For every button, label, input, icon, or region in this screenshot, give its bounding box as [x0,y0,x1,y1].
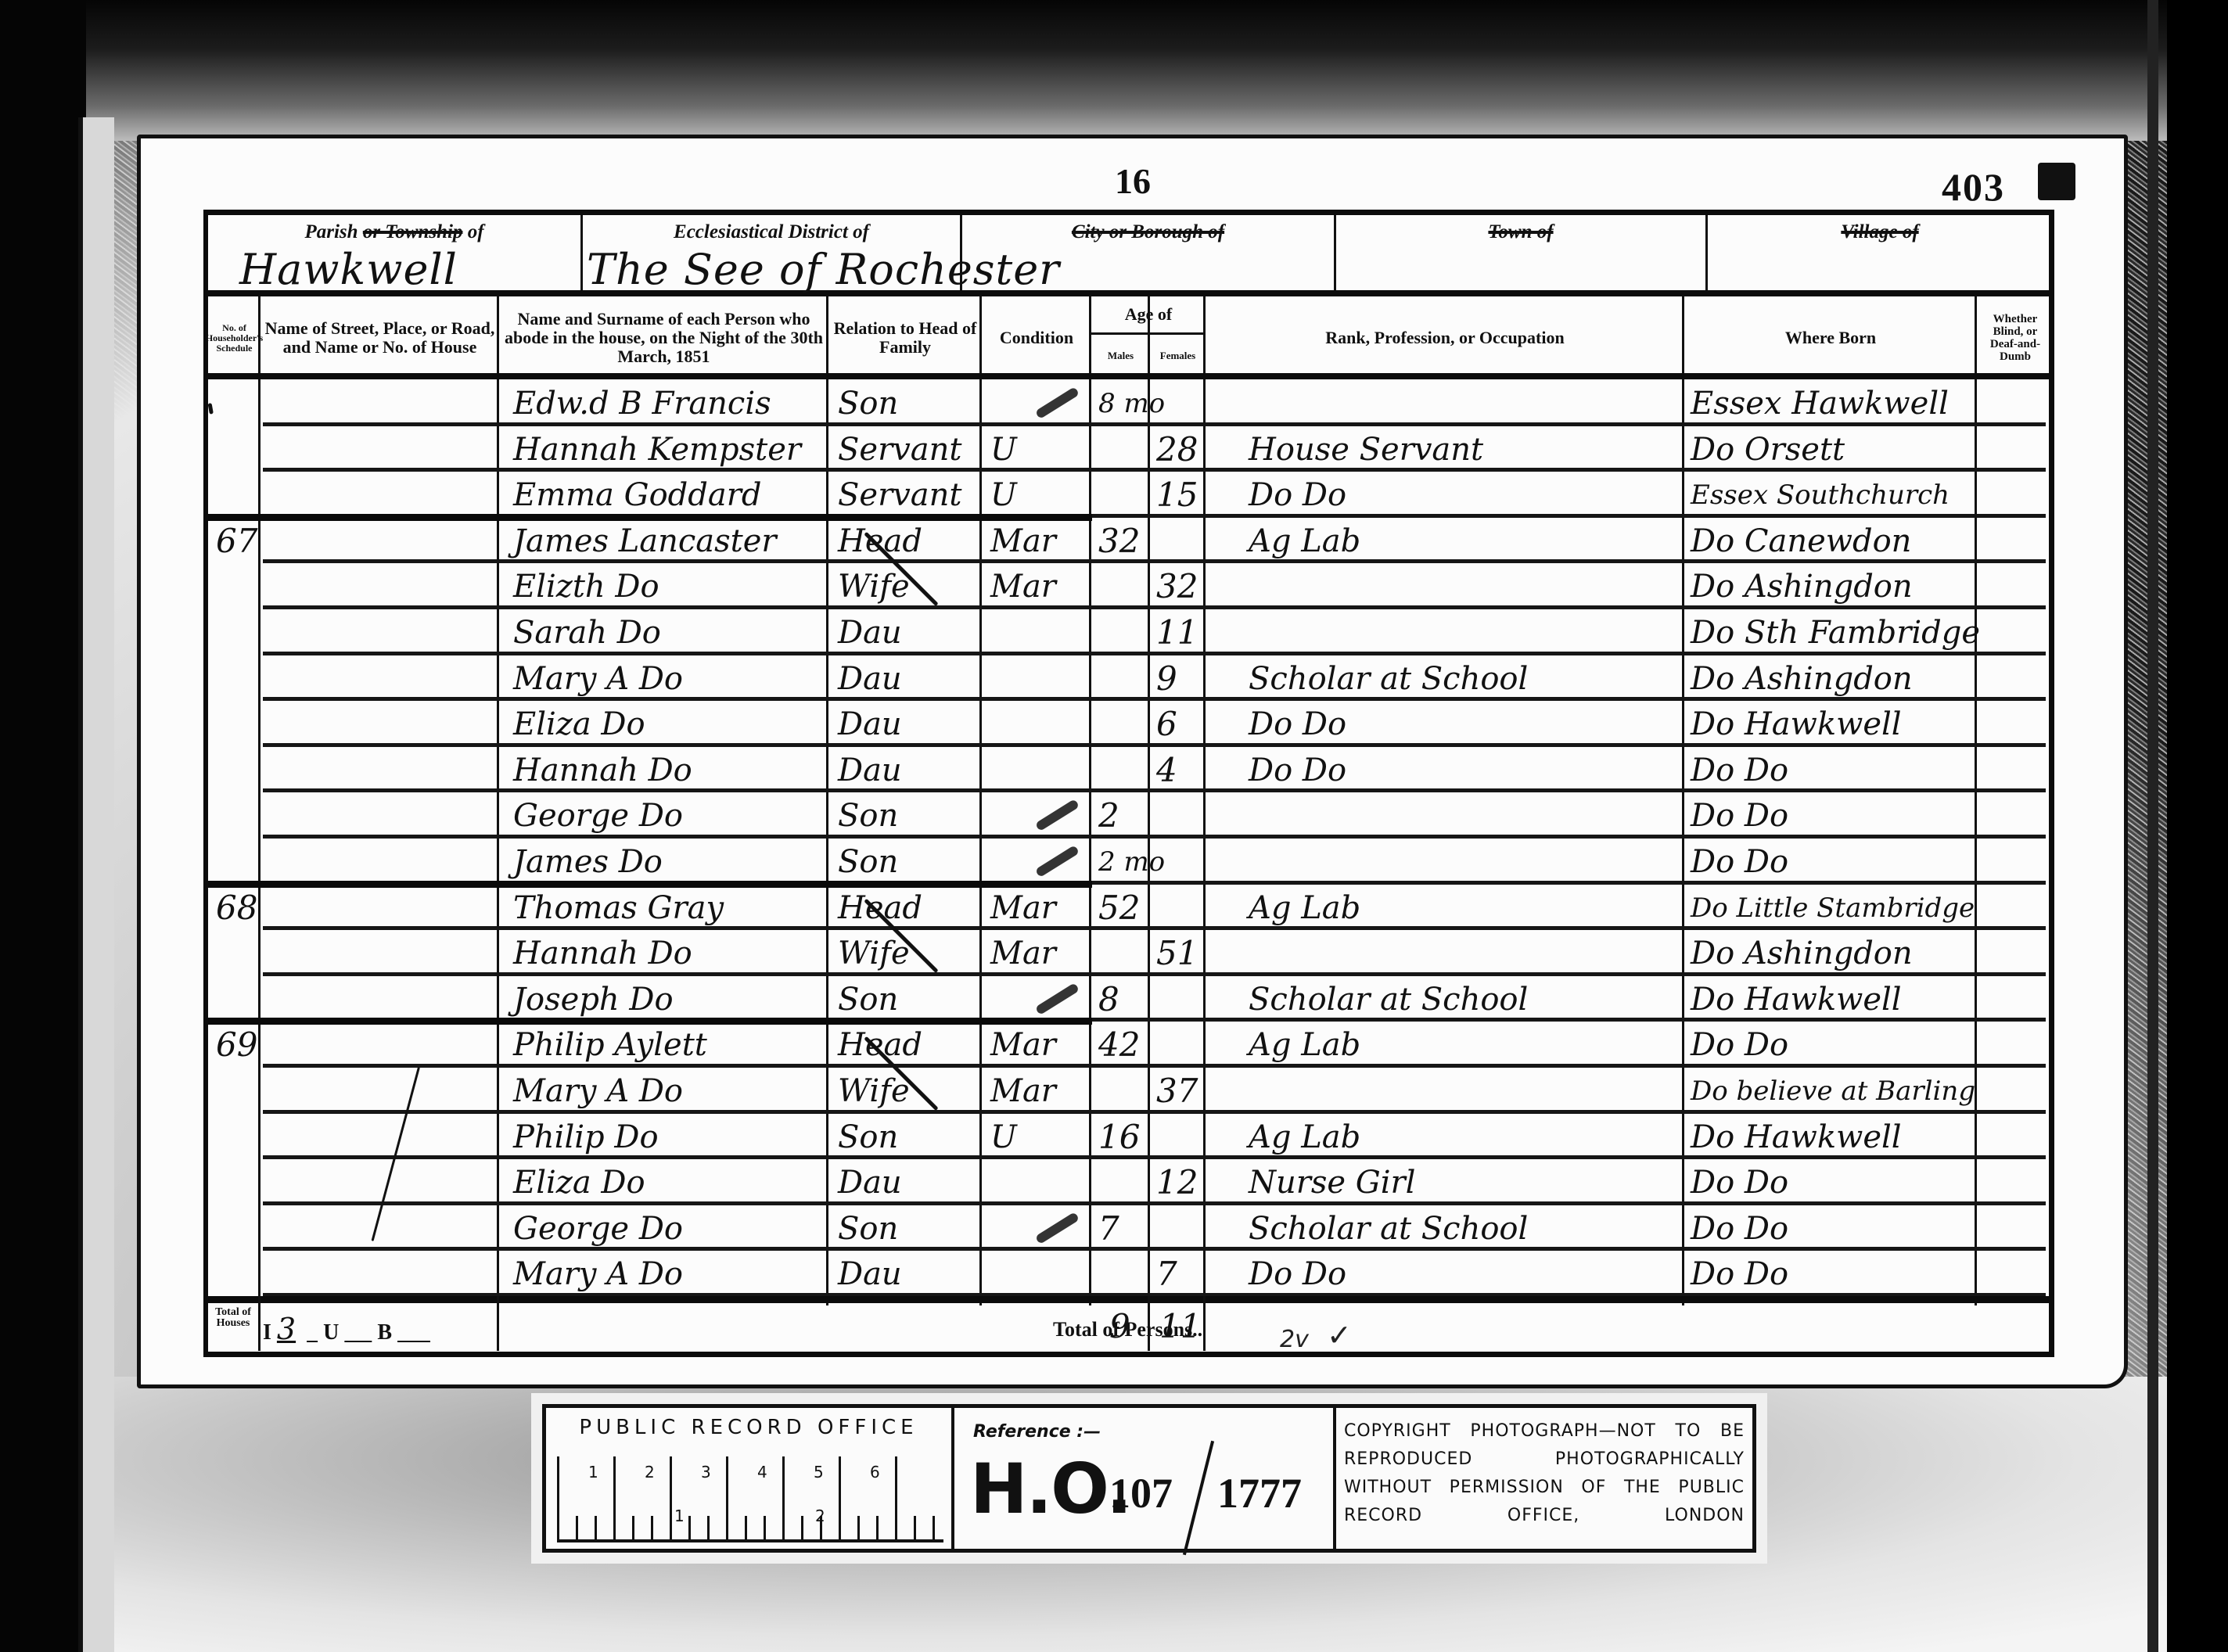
header-street: Name of Street, Place, or Road, and Name… [261,296,499,379]
marital-condition: Mar [990,564,1056,609]
inhabited-count: 3 [277,1312,296,1346]
inhabited-prefix: I [263,1320,271,1345]
header-relation: Relation to Head of Family [828,296,982,379]
city-borough-field: City or Borough of [962,215,1336,290]
birthplace: Do Little Stambridge [1691,885,1975,931]
village-label: Village of [1708,221,2052,243]
ruler: 12345612 [557,1461,943,1542]
person-name: Mary A Do [513,656,683,702]
ruler-number-cm: 4 [757,1463,767,1481]
relation-to-head: Dau [838,610,902,655]
occupation: Do Do [1249,702,1346,747]
relation-to-head: Dau [838,1160,902,1205]
person-name: Mary A Do [513,1252,683,1297]
row-divider [1092,881,2046,885]
ruler-tick [557,1456,559,1542]
ruler-number-cm: 6 [870,1463,880,1481]
age-female: 15 [1156,472,1198,518]
relation-to-head: Dau [838,1252,902,1297]
reference-series: H.O. [970,1449,1130,1529]
occupation: Scholar at School [1249,977,1528,1022]
ruler-tick [670,1456,672,1542]
age-female: 4 [1156,748,1177,793]
birthplace: Essex Hawkwell [1691,381,1949,426]
totals-males: 9 [1109,1304,1130,1349]
relation-to-head: Dau [838,702,902,747]
occupation: Ag Lab [1249,1115,1360,1160]
occupation: House Servant [1249,427,1483,472]
birthplace: Do Do [1691,1252,1788,1297]
ruler-number-cm: 5 [814,1463,824,1481]
parish-value: Hawkwell [239,245,458,294]
header-infirmity: Whether Blind, or Deaf-and-Dumb [1977,296,2054,379]
marital-condition: U [990,427,1017,472]
occupation: Scholar at School [1249,656,1528,702]
person-name: Elizth Do [513,564,659,609]
header-age: Age of [1091,296,1206,332]
scan-edge-right [2147,0,2158,1652]
header-born: Where Born [1684,296,1977,379]
reference-section: Reference :— H.O. 107 1777 [954,1408,1336,1549]
birthplace: Do Do [1691,793,1788,839]
totals-females: 11 [1159,1304,1201,1349]
relation-to-head: Head [838,1022,922,1068]
person-name: Sarah Do [513,610,661,655]
row-divider [1092,1018,2046,1022]
header-condition: Condition [982,296,1091,379]
birthplace: Do Sth Fambridge [1691,610,1980,655]
birthplace: Do Hawkwell [1691,1115,1902,1160]
ruler-number-cm: 1 [588,1463,598,1481]
ruler-tick [576,1516,578,1542]
ecclesiastical-district-field: Ecclesiastical District of The See of Ro… [583,215,962,290]
header-schedule: No. of Householder's Schedule [208,296,261,379]
marital-condition: Mar [990,885,1056,931]
totals-houses-values: I 3 U B [263,1312,430,1346]
relation-to-head: Son [838,1206,898,1252]
person-name: Philip Do [513,1115,659,1160]
person-name: Edw.d B Francis [513,381,771,426]
relation-to-head: Son [838,381,898,426]
city-borough-label: City or Borough of [962,221,1334,243]
age-male: 32 [1098,519,1140,564]
birthplace: Do Ashingdon [1691,931,1913,976]
ruler-number-cm: 3 [701,1463,711,1481]
birthplace: Do Do [1691,839,1788,885]
ruler-tick [839,1456,841,1542]
relation-to-head: Dau [838,656,902,702]
uninhabited-prefix: U [323,1320,339,1345]
marital-condition: Mar [990,931,1056,976]
person-name: Emma Goddard [513,472,761,518]
town-label: Town of [1336,221,1705,243]
ruler-tick [914,1516,916,1542]
parish-field: Parish or Township of Hawkwell [208,215,583,290]
person-name: Philip Aylett [513,1022,707,1068]
schedule-number: 69 [216,1022,257,1068]
person-name: Hannah Kempster [513,427,801,472]
person-name: James Lancaster [513,519,777,564]
village-field: Village of [1708,215,2052,290]
birthplace: Do Ashingdon [1691,656,1913,702]
office-ruler-section: PUBLIC RECORD OFFICE 12345612 [546,1408,954,1549]
age-female: 11 [1156,610,1198,655]
birthplace: Do Ashingdon [1691,564,1913,609]
birthplace: Do Do [1691,1206,1788,1252]
archive-reference-label: PUBLIC RECORD OFFICE 12345612 Reference … [542,1404,1756,1553]
person-name: Hannah Do [513,931,692,976]
ruler-tick [782,1456,785,1542]
relation-to-head: Son [838,1115,898,1160]
relation-to-head: Head [838,885,922,931]
age-female: 32 [1156,564,1198,609]
occupation: Do Do [1249,1252,1346,1297]
ruler-tick [726,1456,728,1542]
ruler-tick [933,1516,935,1542]
header-age-females: Females [1150,337,1206,375]
marital-condition: U [990,472,1017,518]
age-female: 6 [1156,702,1177,747]
relation-to-head: Wife [838,931,910,976]
marital-condition: Mar [990,1068,1056,1114]
ruler-tick [688,1516,691,1542]
age-female: 7 [1156,1252,1177,1297]
occupation: Scholar at School [1249,1206,1528,1252]
census-table: Parish or Township of Hawkwell Ecclesias… [203,210,2054,1357]
person-name: Mary A Do [513,1068,683,1114]
header-name: Name and Surname of each Person who abod… [499,296,828,379]
scan-border-right [2167,0,2228,1652]
relation-to-head: Dau [838,748,902,793]
scan-shadow-top [86,0,2183,141]
scan-border-left [0,0,86,1652]
col-street [261,296,499,1305]
birthplace: Do Hawkwell [1691,702,1902,747]
ruler-tick [613,1456,616,1542]
header-age-males: Males [1091,337,1150,375]
age-female: 37 [1156,1068,1198,1114]
age-female: 12 [1156,1160,1198,1205]
age-male: 8 mo [1098,381,1165,426]
copyright-notice: COPYRIGHT PHOTOGRAPH—NOT TO BE REPRODUCE… [1344,1417,1745,1530]
ruler-number-cm: 2 [645,1463,655,1481]
relation-to-head: Wife [838,564,910,609]
ruler-tick [632,1516,634,1542]
page-number: 16 [1115,160,1151,202]
ruler-tick [857,1516,860,1542]
birthplace: Do Orsett [1691,427,1845,472]
occupation: Do Do [1249,748,1346,793]
birthplace: Do Do [1691,1160,1788,1205]
parish-label: Parish or Township of [208,221,580,243]
birthplace: Essex Southchurch [1691,472,1950,518]
person-name: Eliza Do [513,702,645,747]
schedule-number: 67 [216,519,257,564]
town-field: Town of [1336,215,1708,290]
col-schedule [208,296,261,1305]
relation-to-head: Head [838,519,922,564]
birthplace: Do Canewdon [1691,519,1911,564]
person-name: George Do [513,1206,683,1252]
relation-to-head: Son [838,977,898,1022]
reference-item: 1777 [1217,1469,1302,1517]
person-name: James Do [513,839,663,885]
relation-to-head: Servant [838,472,961,518]
marital-condition: Mar [990,519,1056,564]
person-name: Thomas Gray [513,885,724,931]
relation-to-head: Wife [838,1068,910,1114]
building-prefix: B [377,1320,392,1345]
person-name: Joseph Do [513,977,674,1022]
ruler-tick [745,1516,747,1542]
relation-to-head: Servant [838,427,961,472]
age-male: 52 [1098,885,1140,931]
relation-to-head: Son [838,793,898,839]
copyright-section: COPYRIGHT PHOTOGRAPH—NOT TO BE REPRODUCE… [1336,1408,1752,1549]
age-female: 9 [1156,656,1177,702]
reference-piece: 107 [1109,1469,1173,1517]
occupation: Ag Lab [1249,1022,1360,1068]
ruler-tick [707,1516,710,1542]
birthplace: Do Do [1691,1022,1788,1068]
age-male: 42 [1098,1022,1140,1068]
totals-houses-label: Total of Houses [210,1307,257,1329]
relation-to-head: Son [838,839,898,885]
age-divider [1091,332,1206,335]
age-male: 16 [1098,1115,1140,1160]
age-male: 2 mo [1098,839,1165,885]
birthplace: Do believe at Barling [1691,1068,1975,1114]
place-header: Parish or Township of Hawkwell Ecclesias… [208,215,2049,296]
occupation: Nurse Girl [1249,1160,1415,1205]
marital-condition: Mar [990,1022,1056,1068]
office-name: PUBLIC RECORD OFFICE [546,1416,951,1439]
birthplace: Do Do [1691,748,1788,793]
ruler-tick [801,1516,803,1542]
ruler-tick [876,1516,879,1542]
reference-slash [1183,1441,1214,1556]
ruler-tick [764,1516,766,1542]
birthplace: Do Hawkwell [1691,977,1902,1022]
age-male: 2 [1098,793,1119,839]
person-name: Hannah Do [513,748,692,793]
ruler-tick [895,1456,897,1542]
age-male: 7 [1098,1206,1119,1252]
ruler-number-inch: 2 [815,1507,825,1525]
header-divider [208,373,2049,379]
reference-label: Reference :— [973,1422,1101,1442]
ecclesiastical-district-label: Ecclesiastical District of [583,221,960,243]
occupation: Do Do [1249,472,1346,518]
age-female: 51 [1156,931,1198,976]
age-male: 8 [1098,977,1119,1022]
scan-edge-left [78,117,114,1652]
ink-blot [2038,163,2075,200]
person-name: Eliza Do [513,1160,645,1205]
folio-number: 403 [1942,164,2005,210]
ruler-tick [651,1516,653,1542]
ruler-number-inch: 1 [674,1507,685,1525]
age-female: 28 [1156,427,1198,472]
marital-condition: U [990,1115,1017,1160]
occupation: Ag Lab [1249,885,1360,931]
schedule-number: 68 [216,885,257,931]
person-name: George Do [513,793,683,839]
occupation: Ag Lab [1249,519,1360,564]
header-occupation: Rank, Profession, or Occupation [1206,296,1684,379]
ruler-tick [595,1516,597,1542]
